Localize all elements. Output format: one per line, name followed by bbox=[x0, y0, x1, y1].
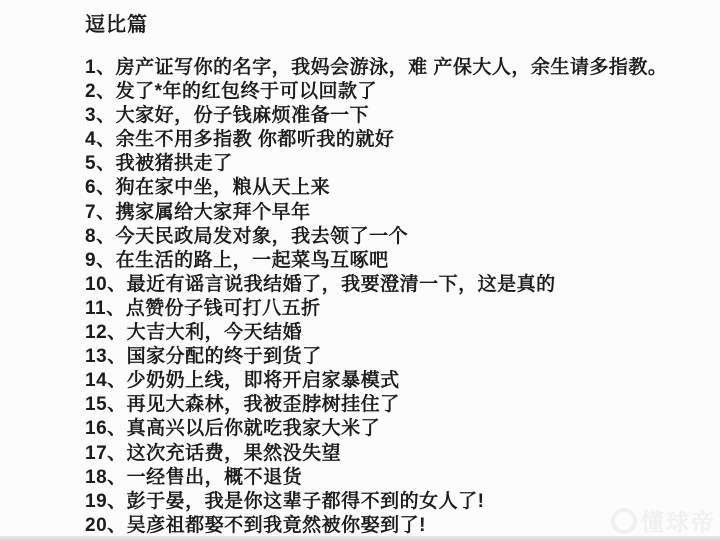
circle-logo-icon bbox=[611, 508, 637, 534]
list-item: 16、真高兴以后你就吃我家大米了 bbox=[85, 417, 720, 441]
list-item: 14、少奶奶上线，即将开启家暴模式 bbox=[85, 369, 720, 393]
list-item: 12、大吉大利，今天结婚 bbox=[85, 321, 720, 345]
list-item: 3、大家好，份子钱麻烦准备一下 bbox=[85, 104, 720, 128]
list-item: 11、点赞份子钱可打八五折 bbox=[85, 297, 720, 321]
list-item: 10、最近有谣言说我结婚了，我要澄清一下，这是真的 bbox=[85, 273, 720, 297]
watermark-text: 懂球帝 bbox=[641, 504, 716, 537]
list-item: 15、再见大森林，我被歪脖树挂住了 bbox=[85, 393, 720, 417]
list-item: 17、这次充话费，果然没失望 bbox=[85, 442, 720, 466]
list-item: 2、发了*年的红包终于可以回款了 bbox=[85, 80, 720, 104]
list-item: 7、携家属给大家拜个早年 bbox=[85, 201, 720, 225]
list-item: 9、在生活的路上，一起菜鸟互啄吧 bbox=[85, 249, 720, 273]
list-item: 6、狗在家中坐，粮从天上来 bbox=[85, 176, 720, 200]
bottom-edge-strip bbox=[0, 536, 720, 541]
joke-list: 1、房产证写你的名字，我妈会游泳，难 产保大人，余生请多指教。 2、发了*年的红… bbox=[85, 56, 720, 538]
list-item: 18、一经售出，概不退货 bbox=[85, 466, 720, 490]
meme-text-page: 逗比篇 1、房产证写你的名字，我妈会游泳，难 产保大人，余生请多指教。 2、发了… bbox=[0, 0, 720, 541]
list-item: 8、今天民政局发对象，我去领了一个 bbox=[85, 225, 720, 249]
list-item: 13、国家分配的终于到货了 bbox=[85, 345, 720, 369]
list-item: 4、余生不用多指教 你都听我的就好 bbox=[85, 128, 720, 152]
watermark: 懂球帝 bbox=[611, 504, 716, 537]
list-item: 5、我被猪拱走了 bbox=[85, 152, 720, 176]
page-title: 逗比篇 bbox=[85, 8, 148, 37]
list-item: 1、房产证写你的名字，我妈会游泳，难 产保大人，余生请多指教。 bbox=[85, 56, 720, 80]
